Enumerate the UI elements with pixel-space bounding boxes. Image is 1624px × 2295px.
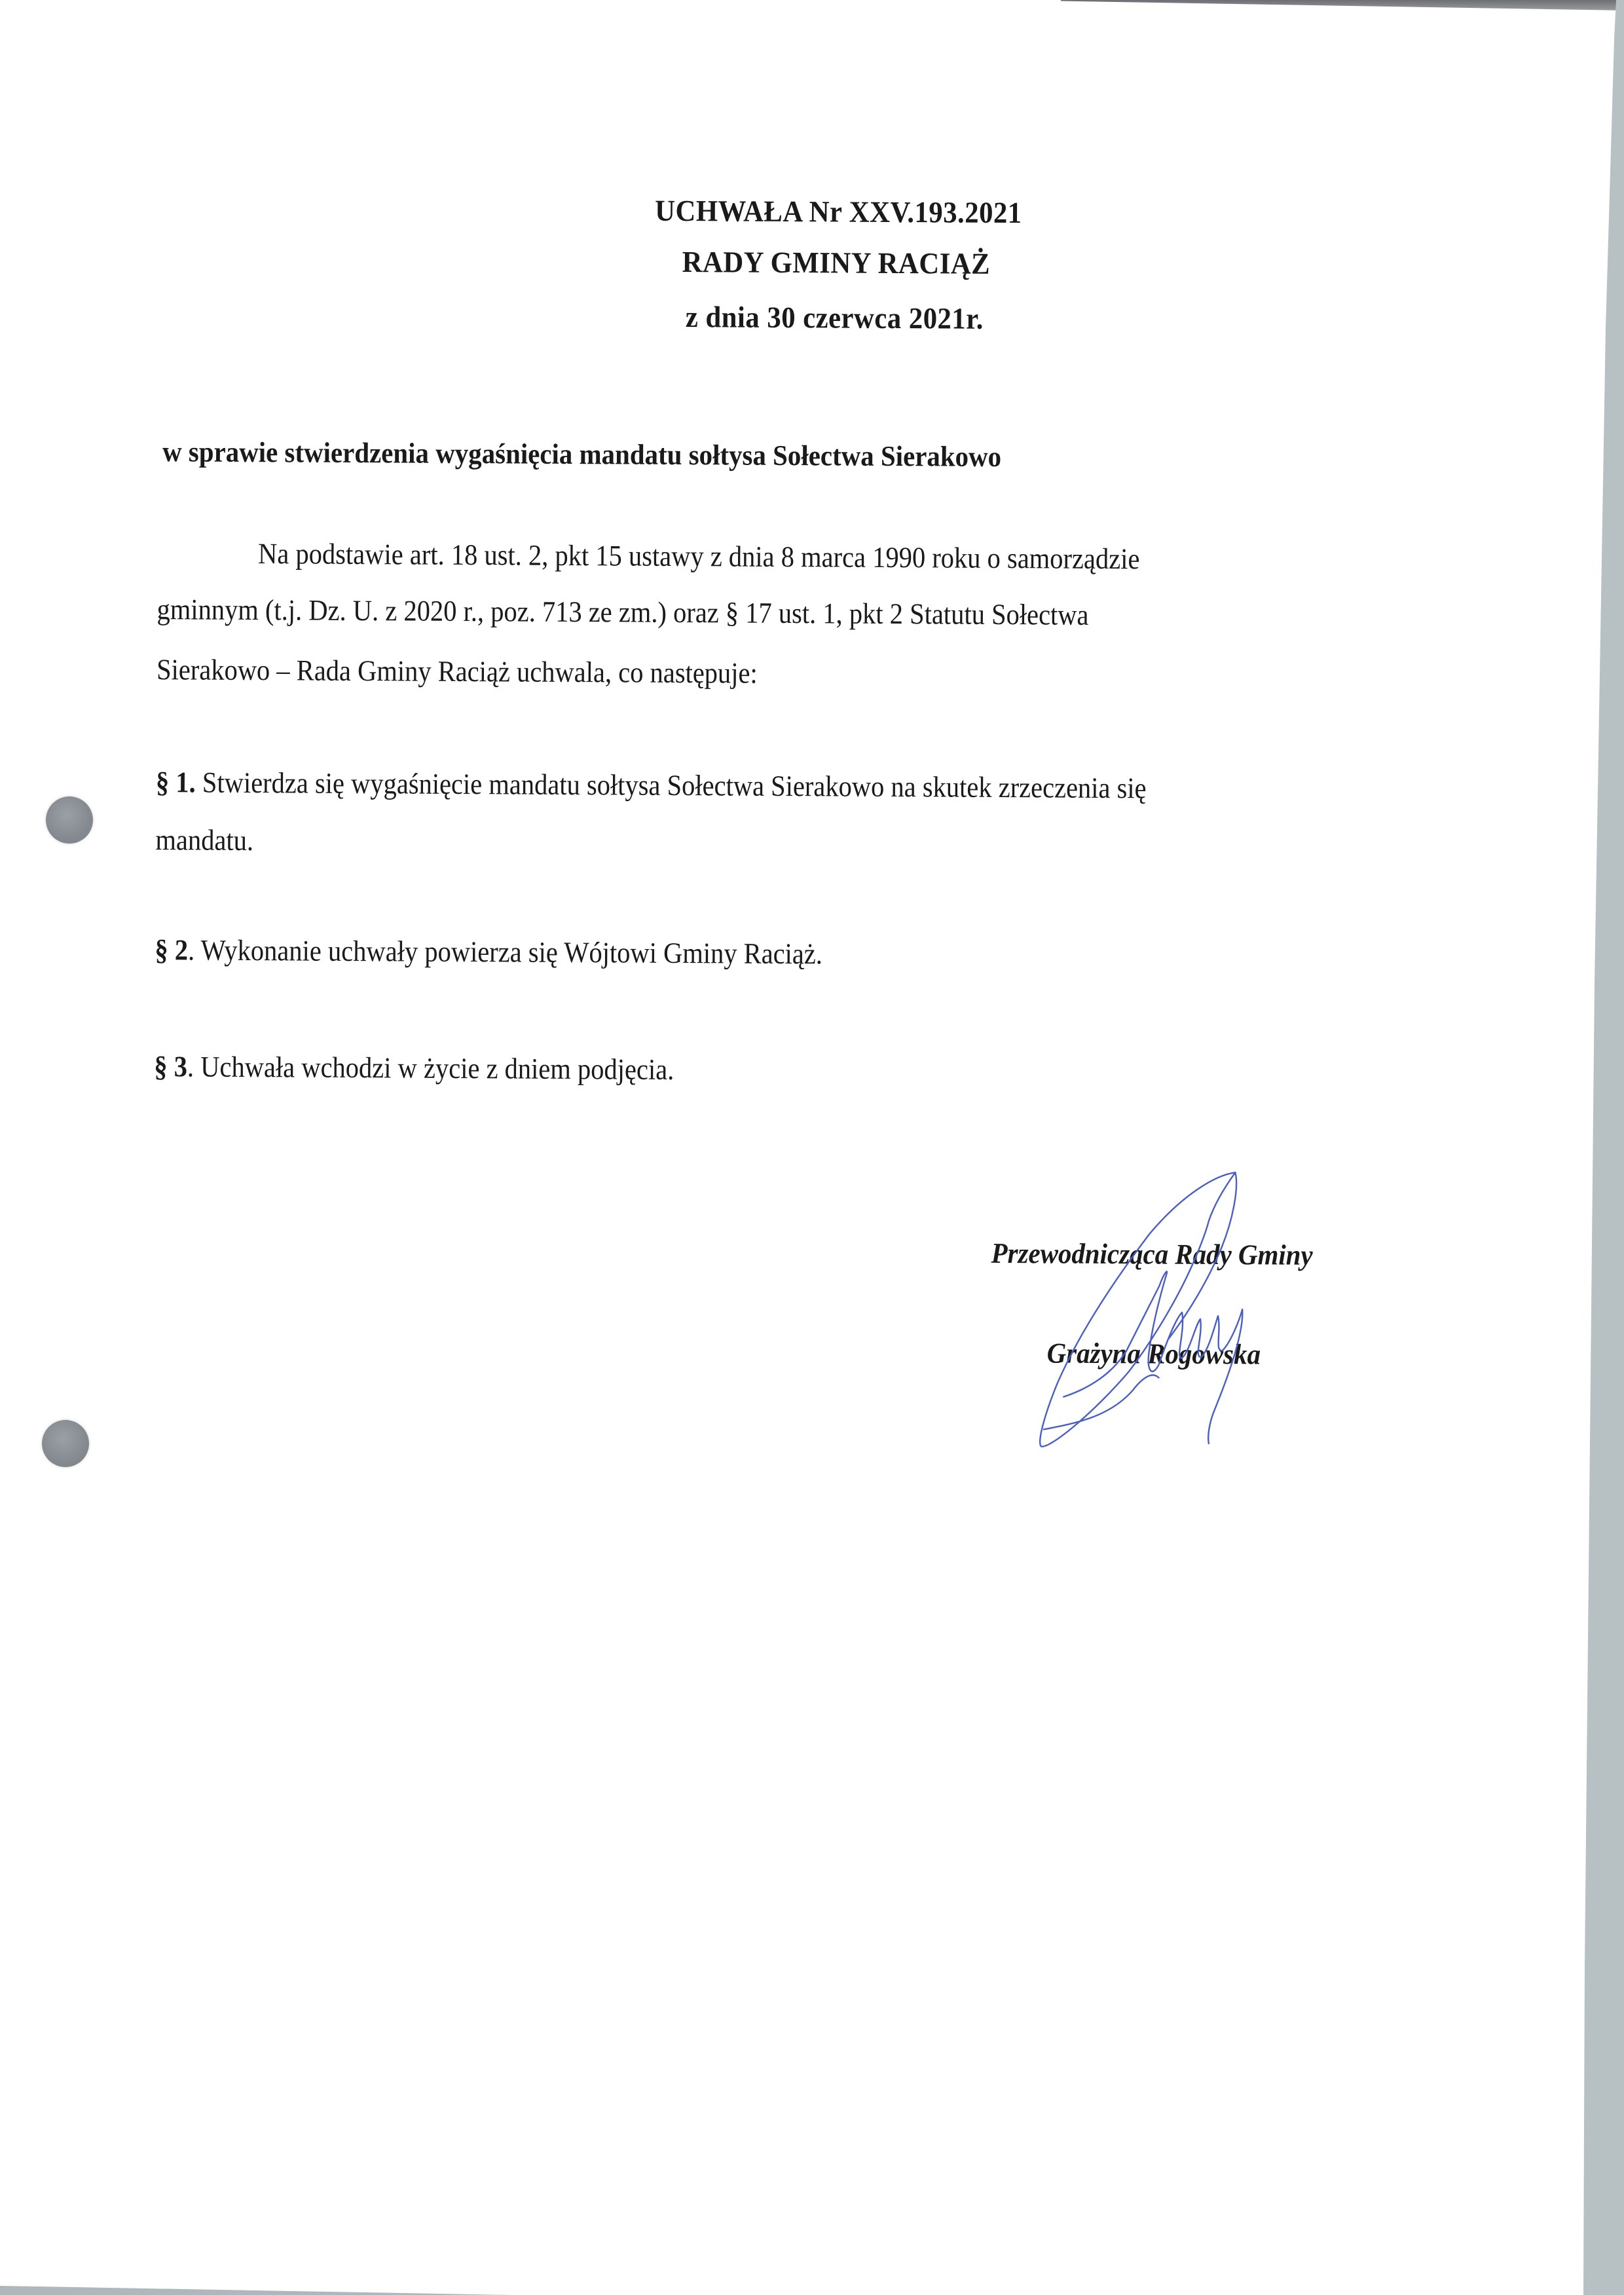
resolution-date: z dnia 30 czerwca 2021r. [79,295,1590,339]
scanner-edge-bottom [0,2286,511,2295]
preamble-line: Na podstawie art. 18 ust. 2, pkt 15 usta… [258,536,1140,576]
resolution-number: UCHWAŁA Nr XXV.193.2021 [83,189,1594,233]
preamble-line: gminnym (t.j. Dz. U. z 2020 r., poz. 713… [157,592,1088,632]
section-text: . Wykonanie uchwały powierza się Wójtowi… [188,933,822,970]
scanner-edge-top [1061,0,1624,10]
council-name: RADY GMINY RACIĄŻ [81,240,1592,284]
handwritten-signature-icon [1018,1161,1295,1451]
scanned-document-page: UCHWAŁA Nr XXV.193.2021 RADY GMINY RACIĄ… [0,0,1624,2295]
resolution-subject: w sprawie stwierdzenia wygaśnięcia manda… [162,435,1001,474]
section-marker: § 3 [154,1050,187,1083]
section-marker: § 1. [156,766,196,798]
preamble-line: Sierakowo – Rada Gminy Raciąż uchwala, c… [157,652,758,690]
section-3: § 3. Uchwała wchodzi w życie z dniem pod… [154,1049,674,1087]
signatory-name: Grażyna Rogowska [1047,1336,1261,1371]
punch-hole-icon [46,796,93,844]
punch-hole-icon [42,1420,89,1467]
section-1-continuation: mandatu. [155,823,253,857]
section-2: § 2. Wykonanie uchwały powierza się Wójt… [155,933,822,971]
section-text: . Uchwała wchodzi w życie z dniem podjęc… [187,1050,674,1086]
section-marker: § 2 [155,933,188,966]
scanner-edge-right [1545,0,1624,2295]
section-1: § 1. Stwierdza się wygaśnięcie mandatu s… [156,765,1147,805]
signatory-title: Przewodnicząca Rady Gminy [991,1237,1312,1272]
section-text: Stwierdza się wygaśnięcie mandatu sołtys… [196,766,1147,804]
